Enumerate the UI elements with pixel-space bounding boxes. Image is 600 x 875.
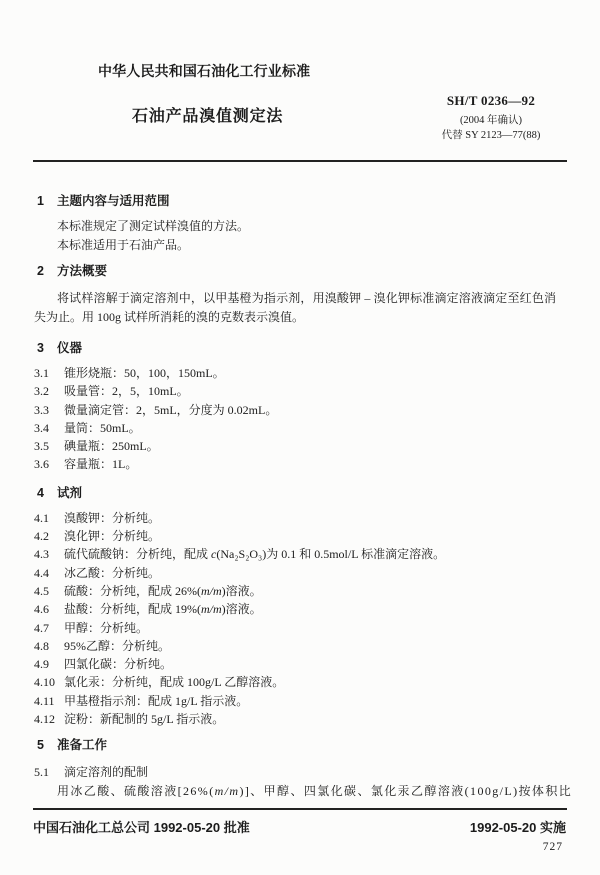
section-number: 5 — [37, 737, 57, 753]
clause-text: 容量瓶：1L。 — [64, 455, 566, 473]
paragraph: 本标准规定了测定试样溴值的方法。 — [34, 217, 566, 236]
section-heading-preparation: 5准备工作 — [34, 737, 566, 753]
clause-number: 4.10 — [34, 673, 64, 691]
clause-number: 3.1 — [34, 364, 64, 382]
clause-text: 硫代硫酸钠：分析纯，配成 c(Na₂S₂O₃)为 0.1 和 0.5mol/L … — [64, 545, 566, 563]
clause-text-part: 盐酸：分析纯，配成 19%( — [64, 602, 201, 616]
clause-item: 4.9 四氯化碳：分析纯。 — [34, 655, 566, 673]
clause-text: 滴定溶剂的配制 — [64, 763, 566, 781]
clause-text: 95%乙醇：分析纯。 — [64, 637, 566, 655]
replaces-note: 代替 SY 2123—77(88) — [436, 129, 546, 144]
approval-note: 中国石油化工总公司 1992-05-20 批准 — [33, 817, 250, 836]
clause-item: 3.3 微量滴定管：2，5mL，分度为 0.02mL。 — [34, 401, 566, 419]
clause-text-part: )溶液。 — [222, 602, 262, 616]
clause-item: 4.1 溴酸钾：分析纯。 — [34, 509, 566, 527]
clause-text: 碘量瓶：250mL。 — [64, 437, 566, 455]
clause-number: 3.5 — [34, 437, 64, 455]
symbol-italic: m/m — [201, 584, 222, 598]
symbol-italic: m/m — [215, 784, 240, 798]
clause-text: 甲基橙指示剂：配成 1g/L 指示液。 — [64, 692, 566, 710]
paragraph-part: 用冰乙酸、硫酸溶液[26%( — [57, 784, 215, 798]
clause-number: 4.3 — [34, 545, 64, 563]
clause-text: 盐酸：分析纯，配成 19%(m/m)溶液。 — [64, 600, 566, 618]
clause-text-part: 硫代硫酸钠：分析纯，配成 — [64, 547, 211, 561]
apparatus-list: 3.1 锥形烧瓶：50，100，150mL。 3.2 吸量管：2，5，10mL。… — [34, 364, 566, 474]
clause-number: 3.3 — [34, 401, 64, 419]
clause-item: 3.2 吸量管：2，5，10mL。 — [34, 382, 566, 400]
section-title: 方法概要 — [57, 264, 107, 278]
document-title: 石油产品溴值测定法 — [132, 103, 283, 126]
clause-text-part: (Na₂S₂O₃)为 0.1 和 0.5mol/L 标准滴定溶液。 — [216, 547, 445, 561]
standard-org-title: 中华人民共和国石油化工行业标准 — [98, 61, 310, 81]
clause-number: 4.12 — [34, 710, 64, 728]
clause-item: 4.6 盐酸：分析纯，配成 19%(m/m)溶液。 — [34, 600, 566, 618]
clause-item: 3.5 碘量瓶：250mL。 — [34, 437, 566, 455]
clause-text: 冰乙酸：分析纯。 — [64, 564, 566, 582]
clause-item: 3.6 容量瓶：1L。 — [34, 455, 566, 473]
clause-item: 4.11 甲基橙指示剂：配成 1g/L 指示液。 — [34, 692, 566, 710]
clause-number: 4.11 — [34, 692, 64, 710]
section-title: 试剂 — [57, 486, 82, 500]
clause-text: 氯化汞：分析纯，配成 100g/L 乙醇溶液。 — [64, 673, 566, 691]
clause-number: 3.4 — [34, 419, 64, 437]
document-body: 1主题内容与适用范围 本标准规定了测定试样溴值的方法。 本标准适用于石油产品。 … — [34, 188, 566, 800]
clause-text: 溴化钾：分析纯。 — [64, 527, 566, 545]
clause-number: 4.4 — [34, 564, 64, 582]
page-number: 727 — [543, 841, 563, 853]
document-page: 中华人民共和国石油化工行业标准 石油产品溴值测定法 SH/T 0236—92 (… — [0, 0, 600, 875]
clause-text: 硫酸：分析纯，配成 26%(m/m)溶液。 — [64, 582, 566, 600]
clause-item: 4.10 氯化汞：分析纯，配成 100g/L 乙醇溶液。 — [34, 673, 566, 691]
standard-number-block: SH/T 0236—92 (2004 年确认) 代替 SY 2123—77(88… — [436, 93, 546, 143]
clause-text: 溴酸钾：分析纯。 — [64, 509, 566, 527]
section-number: 4 — [37, 485, 57, 501]
paragraph: 将试样溶解于滴定溶剂中，以甲基橙为指示剂，用溴酸钾 – 溴化钾标准滴定溶液滴定至… — [34, 289, 556, 326]
section-title: 主题内容与适用范围 — [57, 194, 170, 208]
clause-item: 4.8 95%乙醇：分析纯。 — [34, 637, 566, 655]
section-heading-scope: 1主题内容与适用范围 — [34, 193, 566, 209]
symbol-italic: m/m — [201, 602, 222, 616]
clause-number: 3.2 — [34, 382, 64, 400]
standard-number: SH/T 0236—92 — [436, 93, 546, 109]
clause-number: 3.6 — [34, 455, 64, 473]
paragraph: 用冰乙酸、硫酸溶液[26%(m/m)]、甲醇、四氯化碳、氯化汞乙醇溶液(100g… — [34, 782, 566, 800]
clause-item: 4.4 冰乙酸：分析纯。 — [34, 564, 566, 582]
clause-item: 4.12 淀粉：新配制的 5g/L 指示液。 — [34, 710, 566, 728]
section-title: 仪器 — [57, 341, 82, 355]
header-divider — [33, 160, 567, 162]
clause-item: 5.1 滴定溶剂的配制 — [34, 763, 566, 781]
clause-item: 3.4 量筒：50mL。 — [34, 419, 566, 437]
reagents-list: 4.1 溴酸钾：分析纯。 4.2 溴化钾：分析纯。 4.3 硫代硫酸钠：分析纯，… — [34, 509, 566, 729]
clause-text: 微量滴定管：2，5mL，分度为 0.02mL。 — [64, 401, 566, 419]
section-number: 1 — [37, 193, 57, 209]
paragraph-part: )]、甲醇、四氯化碳、氯化汞乙醇溶液(100g/L)按体积比 — [239, 784, 572, 798]
section-number: 3 — [37, 340, 57, 356]
section-number: 2 — [37, 263, 57, 279]
clause-number: 4.7 — [34, 619, 64, 637]
clause-text: 淀粉：新配制的 5g/L 指示液。 — [64, 710, 566, 728]
clause-text: 甲醇：分析纯。 — [64, 619, 566, 637]
clause-number: 4.9 — [34, 655, 64, 673]
clause-item: 4.5 硫酸：分析纯，配成 26%(m/m)溶液。 — [34, 582, 566, 600]
clause-item: 4.7 甲醇：分析纯。 — [34, 619, 566, 637]
confirmation-note: (2004 年确认) — [436, 114, 546, 129]
clause-number: 4.6 — [34, 600, 64, 618]
clause-item: 3.1 锥形烧瓶：50，100，150mL。 — [34, 364, 566, 382]
clause-text: 量筒：50mL。 — [64, 419, 566, 437]
implementation-note: 1992-05-20 实施 — [470, 817, 566, 836]
clause-number: 4.1 — [34, 509, 64, 527]
footer-divider — [33, 808, 567, 810]
clause-text-part: 硫酸：分析纯，配成 26%( — [64, 584, 201, 598]
section-heading-summary: 2方法概要 — [34, 263, 566, 279]
paragraph: 本标准适用于石油产品。 — [34, 236, 566, 255]
clause-number: 4.8 — [34, 637, 64, 655]
section-heading-apparatus: 3仪器 — [34, 340, 566, 356]
section-title: 准备工作 — [57, 738, 107, 752]
clause-text-part: )溶液。 — [222, 584, 262, 598]
clause-number: 4.2 — [34, 527, 64, 545]
clause-number: 4.5 — [34, 582, 64, 600]
section-heading-reagents: 4试剂 — [34, 485, 566, 501]
clause-text: 锥形烧瓶：50，100，150mL。 — [64, 364, 566, 382]
clause-text: 吸量管：2，5，10mL。 — [64, 382, 566, 400]
clause-item: 4.2 溴化钾：分析纯。 — [34, 527, 566, 545]
clause-text: 四氯化碳：分析纯。 — [64, 655, 566, 673]
clause-number: 5.1 — [34, 763, 64, 781]
clause-item: 4.3 硫代硫酸钠：分析纯，配成 c(Na₂S₂O₃)为 0.1 和 0.5mo… — [34, 545, 566, 563]
